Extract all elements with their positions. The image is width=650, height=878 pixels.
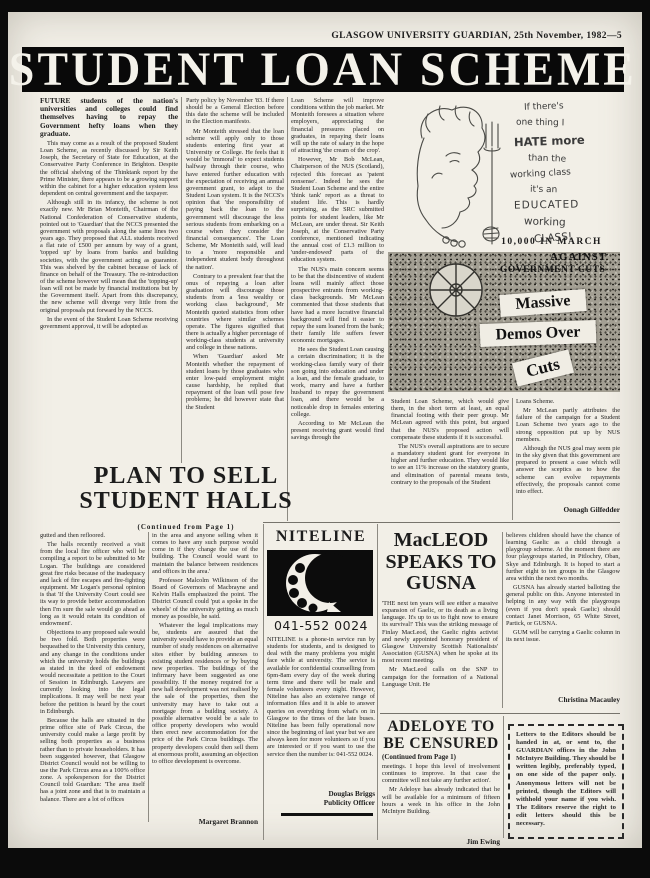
- macleod-article: MacLEOD SPEAKS TO GUSNA 'THE next ten ye…: [382, 528, 620, 712]
- niteline-body: NITELINE is a phone-in service run by st…: [267, 636, 375, 790]
- speech-line: working: [524, 215, 566, 228]
- paragraph: Contrary to a prevalent fear that the on…: [186, 273, 284, 352]
- paragraph: Loans Scheme.: [516, 398, 620, 405]
- newspaper-page: GLASGOW UNIVERSITY GUARDIAN, 25th Novemb…: [0, 0, 650, 878]
- macleod-headline: MacLEOD SPEAKS TO GUSNA: [382, 530, 500, 595]
- paragraph: FUTURE students of the nation's universi…: [40, 97, 178, 138]
- placard-government-cuts: GOVERNMENT CUTS: [500, 265, 605, 275]
- section-rule: [263, 522, 620, 523]
- lead-column-2: Party policy by November '83. If there s…: [186, 97, 284, 463]
- paragraph: However, Mr Bob McLean, Chairperson of t…: [291, 156, 384, 263]
- speech-line: EDUCATED: [514, 198, 579, 211]
- lead-column-1: FUTURE students of the nation's universi…: [40, 97, 178, 463]
- paragraph: 'THE next ten years will see either a ma…: [382, 600, 498, 664]
- section-rule: [377, 524, 378, 840]
- placard-massive: Massive: [515, 292, 571, 314]
- halls-column-1: gutted and then refloored.The halls rece…: [40, 532, 145, 820]
- paragraph: in the area and anyone selling when it c…: [152, 532, 258, 575]
- adeloye-body: meetings. I hope this level of involveme…: [382, 763, 500, 835]
- paragraph: NITELINE is a phone-in service run by st…: [267, 636, 375, 758]
- macleod-byline: Christina Macauley: [506, 695, 620, 704]
- paragraph: Although the NUS goal may seem pie in th…: [516, 445, 620, 495]
- column-rule: [148, 532, 149, 822]
- end-rule: [281, 813, 373, 816]
- adeloye-article: ADELOYE TO BE CENSURED (Continued from P…: [382, 718, 500, 846]
- section-rule: [263, 524, 264, 840]
- cartwheel-drawing: [416, 256, 496, 326]
- paragraph: Objections to any proposed sale would be…: [40, 629, 145, 715]
- speech-line: it's an: [530, 185, 557, 195]
- placard-massive-strip: Massive: [499, 289, 586, 317]
- paragraph: In the event of the Student Loan Scheme …: [40, 316, 178, 330]
- paragraph: Party policy by November '83. If there s…: [186, 97, 284, 126]
- paragraph: Professor Malcolm Wilkinson of the Board…: [152, 577, 258, 620]
- column-rule: [512, 398, 513, 520]
- niteline-phone: 041-552 0024: [267, 618, 375, 633]
- paragraph: Because the halls are situated in the pr…: [40, 717, 145, 803]
- adeloye-headline: ADELOYE TO BE CENSURED: [382, 718, 500, 752]
- macleod-column-1: 'THE next ten years will see either a ma…: [382, 600, 498, 710]
- paragraph: The halls recently received a visit from…: [40, 541, 145, 627]
- placard-march: 10,000 IN MARCH: [483, 237, 620, 247]
- paragraph: GUM will be carrying a Gaelic column in …: [506, 629, 620, 643]
- niteline-ad: NITELINE 041-552 0024 NITELINE is a phon…: [267, 528, 375, 816]
- halls-byline: Margaret Brannon: [152, 817, 258, 826]
- macleod-column-2: believes children should have the chance…: [506, 532, 620, 692]
- lead-column-4a: Student Loan Scheme, which would give th…: [391, 398, 509, 520]
- column-rule: [502, 532, 503, 708]
- paragraph: Mr MacLeod calls on the SNP to campaign …: [382, 666, 498, 687]
- speech-line: HATE more: [514, 133, 585, 149]
- paragraph: This may come as a result of the propose…: [40, 140, 178, 197]
- headline-banner: STUDENT LOAN SCHEME: [22, 47, 624, 92]
- speech-line: If there's: [524, 101, 564, 112]
- paragraph: According to Mr McLean the present recei…: [291, 420, 384, 441]
- paragraph: gutted and then refloored.: [40, 532, 145, 539]
- halls-column-2: in the area and anyone selling when it c…: [152, 532, 258, 812]
- speech-line: than the: [528, 153, 566, 164]
- paragraph: Although still in its infancy, the schem…: [40, 199, 178, 314]
- niteline-signature-name: Douglas Briggs: [267, 790, 375, 799]
- placard-demos-strip: Demos Over: [480, 320, 597, 347]
- placard-cuts-strip: Cuts: [512, 349, 574, 386]
- headline-title: STUDENT LOAN SCHEME: [9, 42, 637, 97]
- adeloye-byline: Jim Ewing: [382, 837, 500, 846]
- lead-byline: Oonagh Gilfedder: [516, 505, 620, 514]
- paragraph: Student Loan Scheme, which would give th…: [391, 398, 509, 441]
- placard-against: AGAINST: [550, 252, 607, 263]
- niteline-moon-logo: [267, 550, 373, 616]
- letters-notice-box: Letters to the Editors should be handed …: [508, 724, 624, 839]
- demo-collage: AGAINST GOVERNMENT CUTS Massive Demos Ov…: [388, 252, 620, 392]
- thatcher-cartoon: If there's one thing I HATE more than th…: [388, 94, 620, 394]
- lead-column-3: Loan Scheme will improve conditions with…: [291, 97, 384, 521]
- placard-cuts: Cuts: [524, 354, 562, 382]
- paragraph: Mr Adeloye has already indicated that he…: [382, 786, 500, 815]
- paragraph: Mr McLean partly attributes the failure …: [516, 407, 620, 443]
- paragraph: Whatever the legal implications may be, …: [152, 622, 258, 765]
- section-rule: [503, 716, 504, 838]
- paragraph: GUSNA has already started balloting the …: [506, 584, 620, 627]
- paragraph: When 'Guardian' asked Mr Monteith whethe…: [186, 353, 284, 410]
- speech-line: one thing I: [516, 118, 564, 129]
- halls-headline-text: PLAN TO SELL STUDENT HALLS: [40, 464, 332, 514]
- paragraph: The NUS's main concern seems to be that …: [291, 266, 384, 345]
- adeloye-continued: (Continued from Page 1): [382, 753, 500, 761]
- niteline-signature-role: Publicity Officer: [267, 799, 375, 808]
- column-rule: [287, 97, 288, 521]
- lead-column-4b: Loans Scheme.Mr McLean partly attributes…: [516, 398, 620, 502]
- paragraph: He sees the Student Loan causing a certa…: [291, 346, 384, 418]
- paragraph: The NUS's overall aspirations are to sec…: [391, 443, 509, 486]
- masthead: GLASGOW UNIVERSITY GUARDIAN, 25th Novemb…: [300, 31, 622, 41]
- paragraph: Mr Monteith stressed that the loan schem…: [186, 128, 284, 271]
- paragraph: Loan Scheme will improve conditions with…: [291, 97, 384, 154]
- paragraph: believes children should have the chance…: [506, 532, 620, 582]
- letters-notice-text: Letters to the Editors should be handed …: [516, 731, 616, 827]
- paragraph: meetings. I hope this level of involveme…: [382, 763, 500, 784]
- column-rule: [181, 97, 182, 463]
- cartoon-face-drawing: [388, 94, 620, 252]
- placard-demos: Demos Over: [495, 323, 580, 344]
- section-rule: [380, 713, 620, 714]
- niteline-title: NITELINE: [267, 528, 375, 546]
